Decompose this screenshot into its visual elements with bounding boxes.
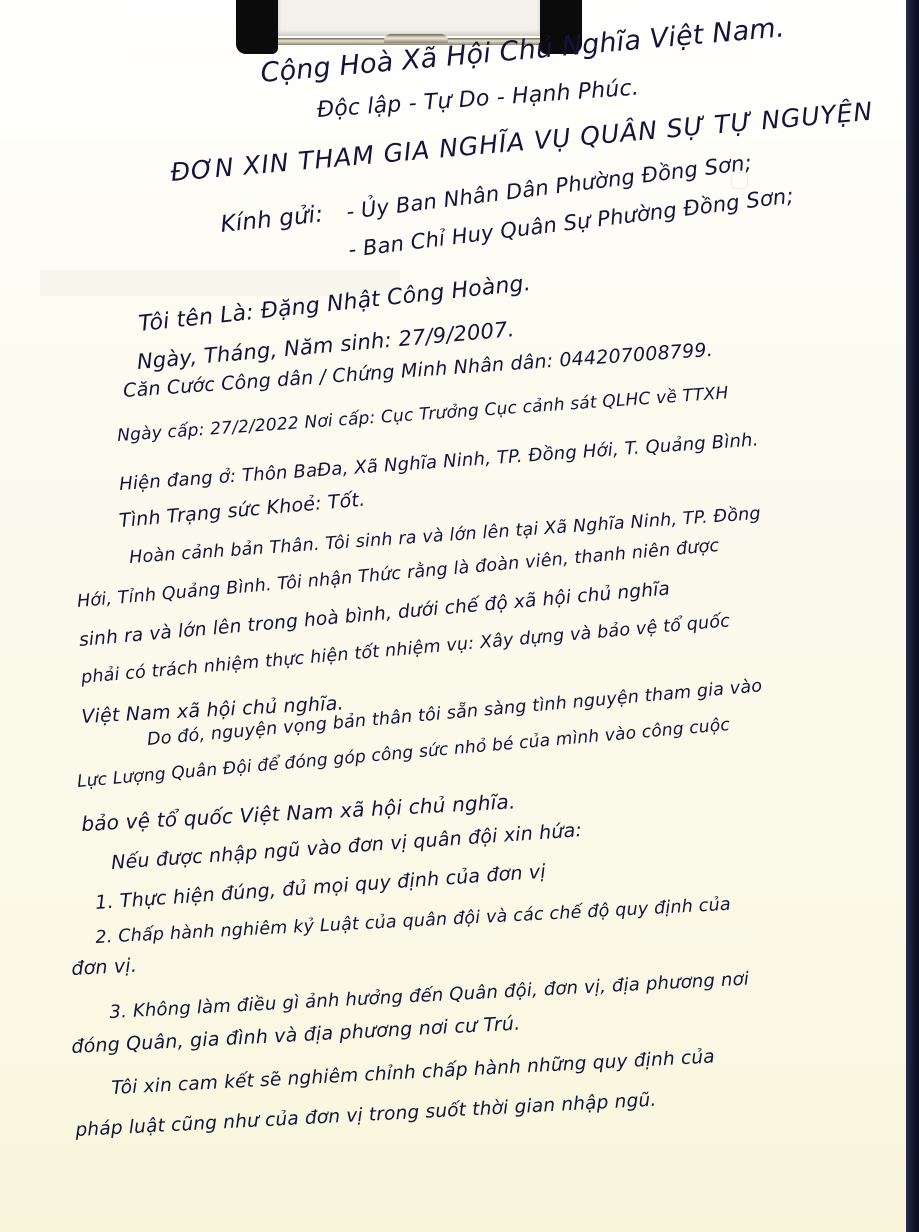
clip-left-jaw — [236, 0, 278, 54]
clipboard-edge — [906, 0, 919, 1232]
clip-plate — [278, 0, 540, 36]
pledge-item-continued: đơn vị. — [71, 955, 138, 980]
